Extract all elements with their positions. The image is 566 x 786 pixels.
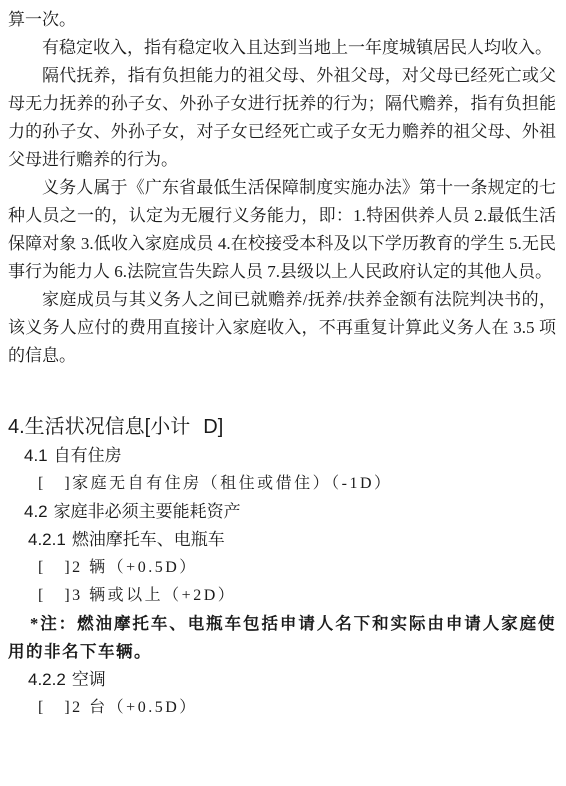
option-label: 家庭无自有住房（租住或借住）（-1D） xyxy=(72,475,392,492)
option-motorcycles-3plus: [ ]3 辆或以上（+2D） xyxy=(38,582,556,610)
subsection-title: 空调 xyxy=(72,670,106,689)
definitions-section: 算一次。 有稳定收入，指有稳定收入且达到当地上一年度城镇居民人均收入。 隔代抚养… xyxy=(8,6,556,370)
checkbox-ac-2: [ ] xyxy=(38,699,72,716)
section-4-heading-text: 4.生活状况信息[小计 xyxy=(8,416,190,438)
paragraph-intergenerational-care: 隔代抚养，指有负担能力的祖父母、外祖父母，对父母已经死亡或父母无力抚养的孙子女、… xyxy=(8,62,556,174)
checkbox-motorcycles-2: [ ] xyxy=(38,559,72,576)
living-conditions-section: 4.生活状况信息[小计D] 4.1自有住房 [ ]家庭无自有住房（租住或借住）（… xyxy=(8,412,556,722)
paragraph-court-judgment: 家庭成员与其义务人之间已就赡养/抚养/扶养金额有法院判决书的，该义务人应付的费用… xyxy=(8,286,556,370)
subsection-title: 家庭非必须主要能耗资产 xyxy=(54,502,241,521)
option-no-own-housing: [ ]家庭无自有住房（租住或借住）（-1D） xyxy=(38,470,556,498)
subsection-number: 4.2.1 xyxy=(28,530,66,549)
subsection-number: 4.2 xyxy=(24,502,48,521)
subsection-4-1-own-housing: 4.1自有住房 xyxy=(24,442,556,470)
subsection-4-2-energy-assets: 4.2家庭非必须主要能耗资产 xyxy=(24,498,556,526)
subsection-4-2-2-air-conditioner: 4.2.2空调 xyxy=(28,666,556,694)
checkbox-no-own-housing: [ ] xyxy=(38,475,72,492)
document-page: 算一次。 有稳定收入，指有稳定收入且达到当地上一年度城镇居民人均收入。 隔代抚养… xyxy=(0,0,566,786)
subsection-number: 4.1 xyxy=(24,446,48,465)
section-4-heading: 4.生活状况信息[小计D] xyxy=(8,412,556,442)
subsection-title: 燃油摩托车、电瓶车 xyxy=(72,530,225,549)
subsection-number: 4.2.2 xyxy=(28,670,66,689)
option-ac-2: [ ]2 台（+0.5D） xyxy=(38,694,556,722)
subsection-title: 自有住房 xyxy=(54,446,122,465)
paragraph-calc-once: 算一次。 xyxy=(8,6,556,34)
note-motorcycles-scope: *注：燃油摩托车、电瓶车包括申请人名下和实际由申请人家庭使用的非名下车辆。 xyxy=(8,610,556,666)
option-motorcycles-2: [ ]2 辆（+0.5D） xyxy=(38,554,556,582)
paragraph-obligor-exemption: 义务人属于《广东省最低生活保障制度实施办法》第十一条规定的七种人员之一的，认定为… xyxy=(8,174,556,286)
subsection-4-2-1-motorcycles: 4.2.1燃油摩托车、电瓶车 xyxy=(28,526,556,554)
paragraph-stable-income: 有稳定收入，指有稳定收入且达到当地上一年度城镇居民人均收入。 xyxy=(8,34,556,62)
option-label: 3 辆或以上（+2D） xyxy=(72,587,236,604)
option-label: 2 台（+0.5D） xyxy=(72,699,198,716)
option-label: 2 辆（+0.5D） xyxy=(72,559,198,576)
section-4-subtotal-code: D] xyxy=(203,416,223,438)
checkbox-motorcycles-3plus: [ ] xyxy=(38,587,72,604)
